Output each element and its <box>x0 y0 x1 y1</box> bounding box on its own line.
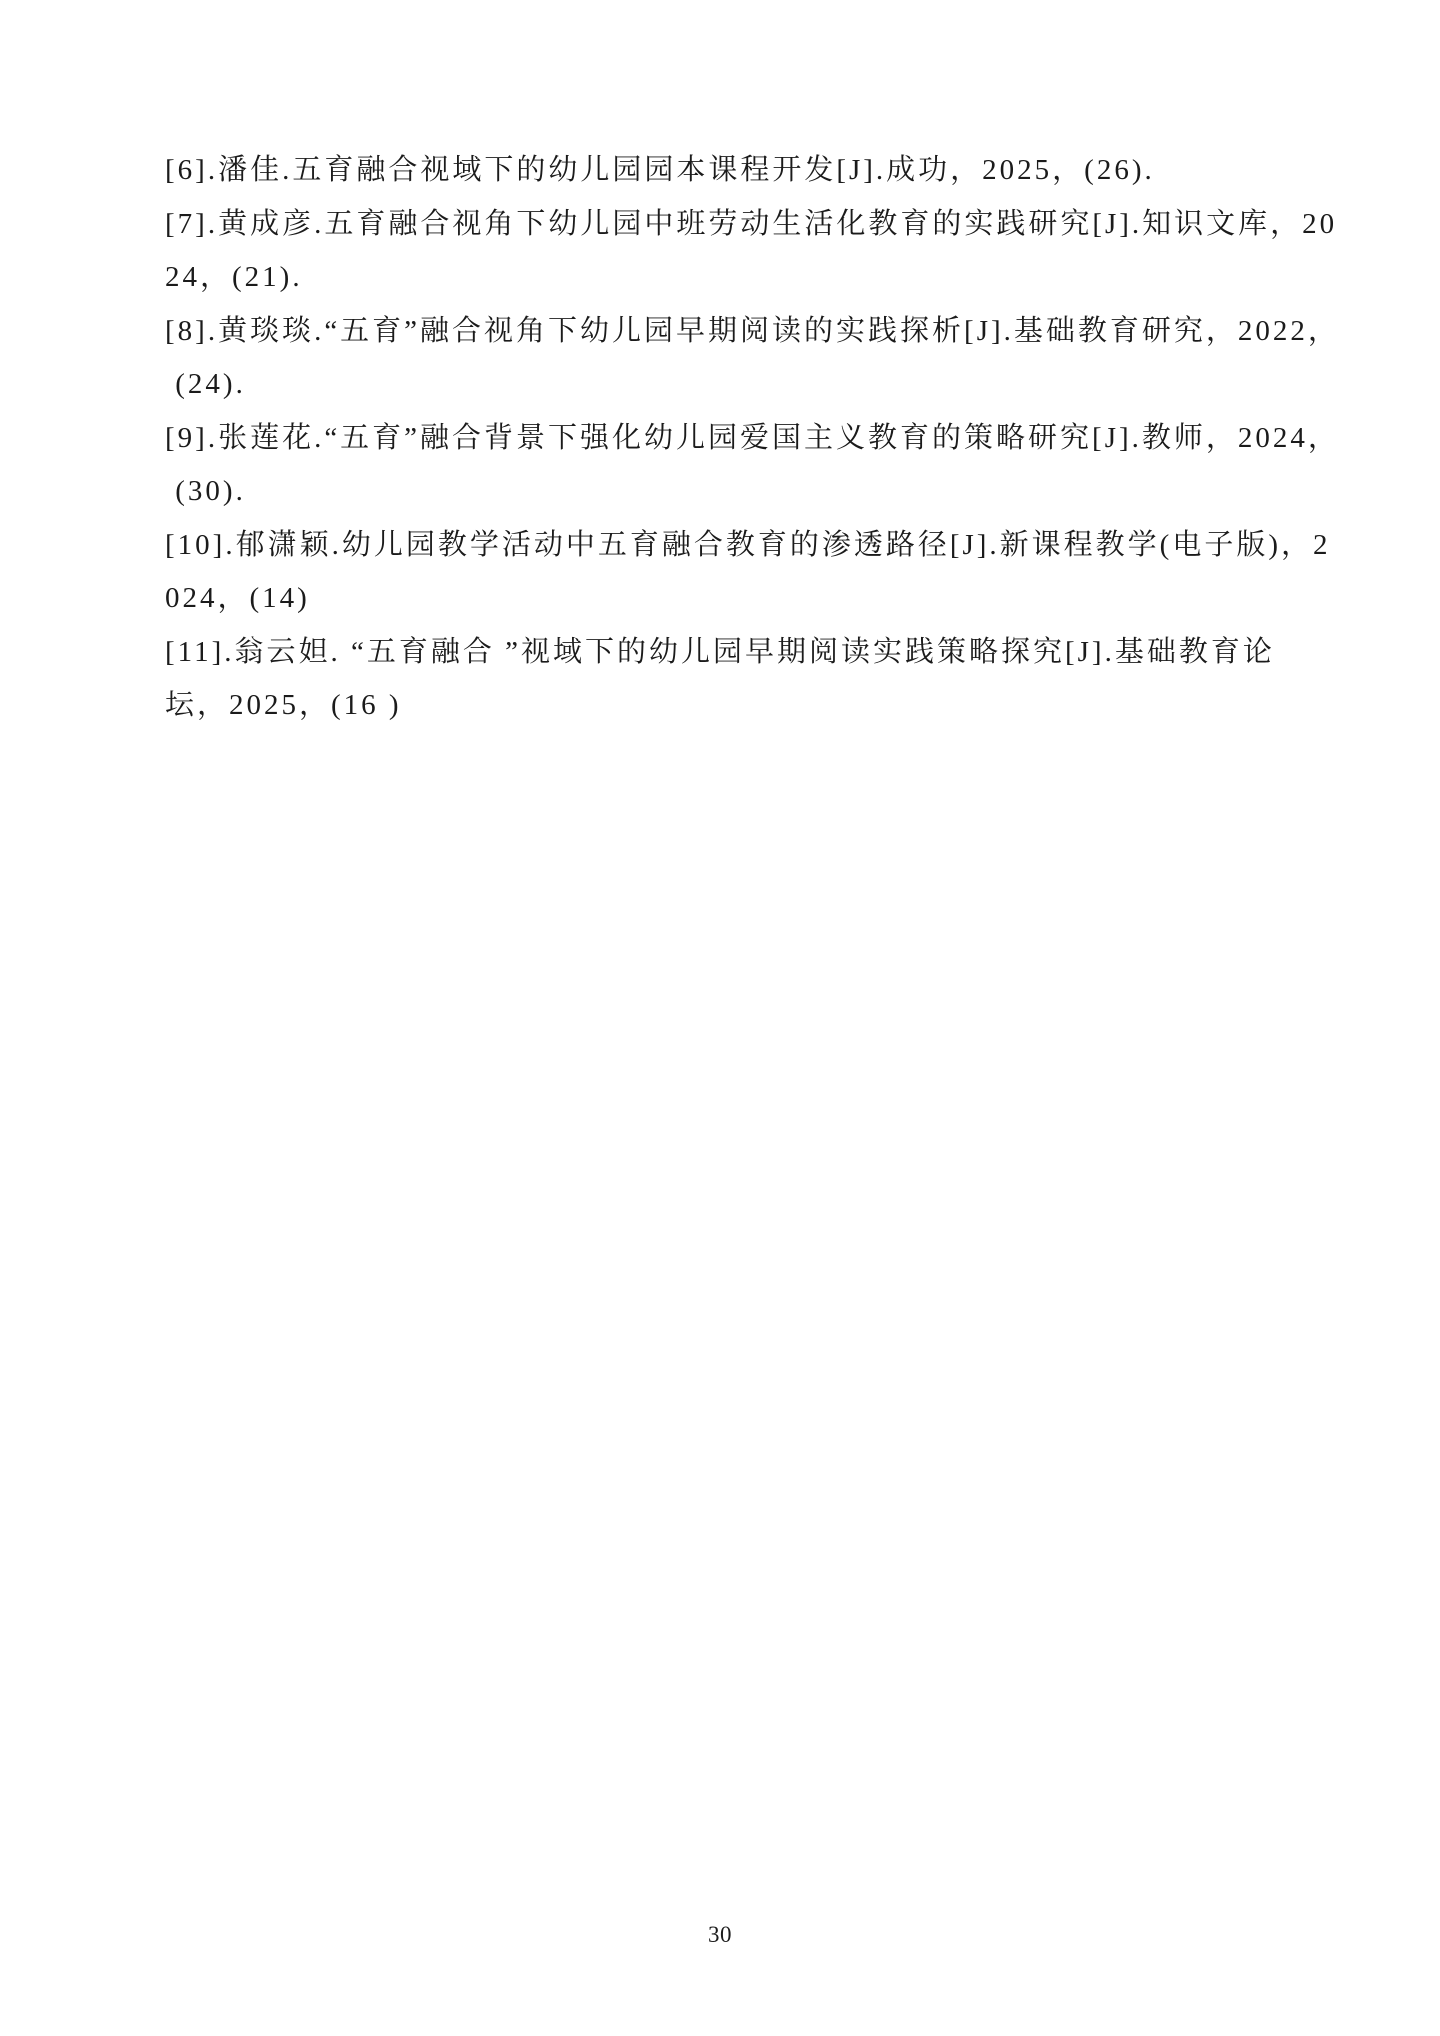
reference-line: [9].张莲花.“五育”融合背景下强化幼儿园爱国主义教育的策略研究[J].教师，… <box>165 412 1405 466</box>
reference-line: [6].潘佳.五育融合视域下的幼儿园园本课程开发[J].成功，2025，(26)… <box>165 144 1405 198</box>
reference-line-continuation: 24，(21). <box>165 251 1405 305</box>
reference-entry-7: [7].黄成彦.五育融合视角下幼儿园中班劳动生活化教育的实践研究[J].知识文库… <box>165 198 1405 305</box>
reference-entry-10: [10].郁潇颖.幼儿园教学活动中五育融合教育的渗透路径[J].新课程教学(电子… <box>165 519 1405 626</box>
reference-line: [10].郁潇颖.幼儿园教学活动中五育融合教育的渗透路径[J].新课程教学(电子… <box>165 519 1405 573</box>
references-list: [6].潘佳.五育融合视域下的幼儿园园本课程开发[J].成功，2025，(26)… <box>165 144 1405 733</box>
reference-line: [11].翁云妲. “五育融合 ”视域下的幼儿园早期阅读实践策略探究[J].基础… <box>165 626 1405 680</box>
reference-entry-6: [6].潘佳.五育融合视域下的幼儿园园本课程开发[J].成功，2025，(26)… <box>165 144 1405 198</box>
document-page: [6].潘佳.五育融合视域下的幼儿园园本课程开发[J].成功，2025，(26)… <box>0 0 1440 2036</box>
reference-line: [8].黄琰琰.“五育”融合视角下幼儿园早期阅读的实践探析[J].基础教育研究，… <box>165 305 1405 359</box>
reference-line-continuation: (24). <box>165 358 1405 412</box>
reference-entry-11: [11].翁云妲. “五育融合 ”视域下的幼儿园早期阅读实践策略探究[J].基础… <box>165 626 1405 733</box>
page-number: 30 <box>0 1922 1440 1948</box>
reference-entry-8: [8].黄琰琰.“五育”融合视角下幼儿园早期阅读的实践探析[J].基础教育研究，… <box>165 305 1405 412</box>
reference-line-continuation: (30). <box>165 465 1405 519</box>
reference-line-continuation: 024，(14) <box>165 572 1405 626</box>
reference-line-continuation: 坛，2025，(16 ) <box>165 679 1405 733</box>
reference-entry-9: [9].张莲花.“五育”融合背景下强化幼儿园爱国主义教育的策略研究[J].教师，… <box>165 412 1405 519</box>
reference-line: [7].黄成彦.五育融合视角下幼儿园中班劳动生活化教育的实践研究[J].知识文库… <box>165 198 1405 252</box>
